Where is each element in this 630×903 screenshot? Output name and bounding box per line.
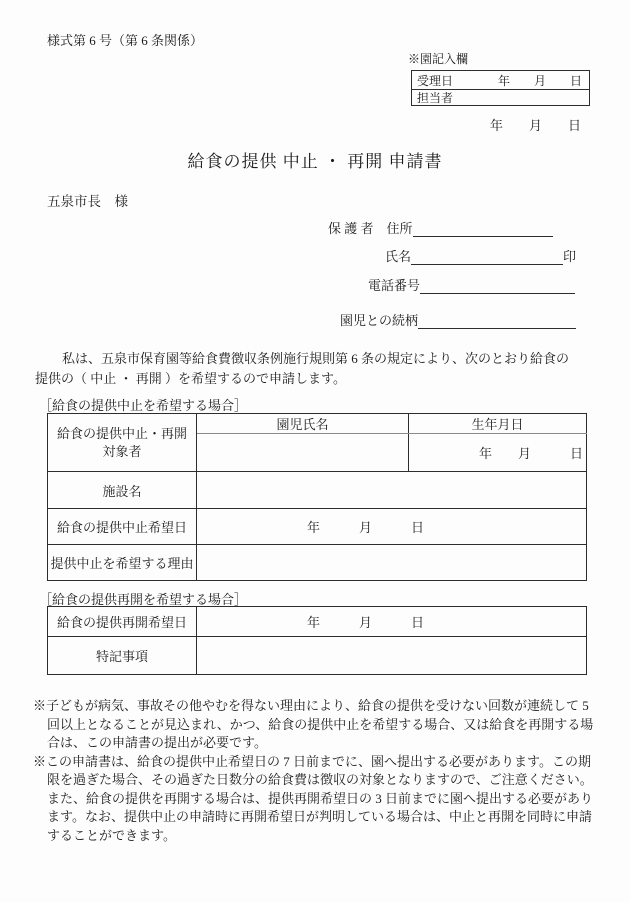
facility-blank xyxy=(197,472,587,509)
guardian-address-blank xyxy=(413,221,553,237)
note1-line1: ※子どもが病気、事故その他やむを得ない理由により、給食の提供を受けない回数が連続… xyxy=(33,697,593,716)
note2-line3: また、給食の提供を再開する場合は、提供再開希望日の 3 日前までに園へ提出する必… xyxy=(47,790,593,809)
office-use-label: ※園記入欄 xyxy=(408,50,468,67)
guardian-phone-blank xyxy=(420,278,575,294)
stop-date-blank: 年 月 日 xyxy=(197,509,587,545)
guardian-relation-blank xyxy=(418,313,576,329)
accept-date-value: 年 月 日 xyxy=(498,72,582,89)
note2-line4: ます。なお、提供中止の申請時に再開希望日が判明している場合は、中止と再開を同時に… xyxy=(47,808,593,827)
addressee: 五泉市長 様 xyxy=(47,190,128,210)
staff-row: 担当者 xyxy=(412,90,589,105)
footer-notes: ※子どもが病気、事故その他やむを得ない理由により、給食の提供を受けない回数が連続… xyxy=(33,697,593,845)
declaration-paragraph: 私は、五泉市保育園等給食費徴収条例施行規則第 6 条の規定により、次のとおり給食… xyxy=(35,349,569,388)
stop-reason-row: 提供中止を希望する理由 xyxy=(48,545,587,581)
guardian-name-blank xyxy=(411,249,563,265)
child-name-header: 園児氏名 xyxy=(197,414,409,434)
guardian-relation-label: 園児との続柄 xyxy=(340,310,418,329)
target-label-line2: 対象者 xyxy=(48,443,196,461)
stop-date-label: 給食の提供中止希望日 xyxy=(48,509,197,545)
target-label-line1: 給食の提供中止・再開 xyxy=(48,425,196,443)
stop-request-table: 給食の提供中止・再開 対象者 園児氏名 生年月日 年 月 日 施設名 給食の提供… xyxy=(47,413,587,581)
note1-line3: 合は、この申請書の提出が必要です。 xyxy=(47,734,593,753)
guardian-phone-row: 電話番号 xyxy=(368,275,575,294)
special-notes-blank xyxy=(197,637,587,675)
special-notes-label: 特記事項 xyxy=(48,637,197,675)
guardian-address-row: 保 護 者 住所 xyxy=(328,218,553,237)
stop-date-row: 給食の提供中止希望日 年 月 日 xyxy=(48,509,587,545)
birth-date-header: 生年月日 xyxy=(409,414,587,434)
guardian-address-label: 保 護 者 住所 xyxy=(328,218,413,237)
guardian-relation-row: 園児との続柄 xyxy=(340,310,576,329)
application-date-line: 年 月 日 xyxy=(490,115,581,134)
child-name-blank xyxy=(197,434,409,472)
page-title: 給食の提供 中止 ・ 再開 申請書 xyxy=(0,147,630,172)
note2-line5: することができます。 xyxy=(47,827,593,846)
guardian-name-row: 氏名印 xyxy=(385,246,576,265)
resume-date-blank: 年 月 日 xyxy=(197,607,587,637)
target-header-row: 給食の提供中止・再開 対象者 園児氏名 生年月日 xyxy=(48,414,587,434)
resume-request-table: 給食の提供再開希望日 年 月 日 特記事項 xyxy=(47,606,587,675)
birth-date-blank: 年 月 日 xyxy=(409,434,587,472)
target-label-cell: 給食の提供中止・再開 対象者 xyxy=(48,414,197,472)
declaration-line2: 提供の（ 中止 ・ 再開 ）を希望するので申請します。 xyxy=(35,369,569,389)
resume-date-row: 給食の提供再開希望日 年 月 日 xyxy=(48,607,587,637)
facility-label: 施設名 xyxy=(48,472,197,509)
note2-line1: ※この申請書は、給食の提供中止希望日の 7 日前までに、園へ提出する必要がありま… xyxy=(33,753,593,772)
stop-section-heading: ［給食の提供中止を希望する場合］ xyxy=(39,395,247,414)
accept-date-row: 受理日 年 月 日 xyxy=(412,71,589,90)
staff-label: 担当者 xyxy=(417,89,453,106)
form-number: 様式第 6 号（第 6 条関係） xyxy=(47,30,203,49)
guardian-phone-label: 電話番号 xyxy=(368,275,420,294)
stop-reason-blank xyxy=(197,545,587,581)
special-notes-row: 特記事項 xyxy=(48,637,587,675)
accept-date-label: 受理日 xyxy=(417,72,453,89)
declaration-line1: 私は、五泉市保育園等給食費徴収条例施行規則第 6 条の規定により、次のとおり給食… xyxy=(35,349,569,369)
application-form-page: 様式第 6 号（第 6 条関係） ※園記入欄 受理日 年 月 日 担当者 年 月… xyxy=(0,0,630,903)
note2-line2: 限を過ぎた場合、その過ぎた日数分の給食費は徴収の対象となりますので、ご注意くださ… xyxy=(47,771,593,790)
resume-date-label: 給食の提供再開希望日 xyxy=(48,607,197,637)
guardian-name-label: 氏名 xyxy=(385,246,411,265)
note1-line2: 回以上となることが見込まれ、かつ、給食の提供中止を希望する場合、又は給食を再開す… xyxy=(47,716,593,735)
facility-row: 施設名 xyxy=(48,472,587,509)
office-use-box: 受理日 年 月 日 担当者 xyxy=(411,70,590,106)
seal-mark: 印 xyxy=(563,246,576,265)
stop-reason-label: 提供中止を希望する理由 xyxy=(48,545,197,581)
